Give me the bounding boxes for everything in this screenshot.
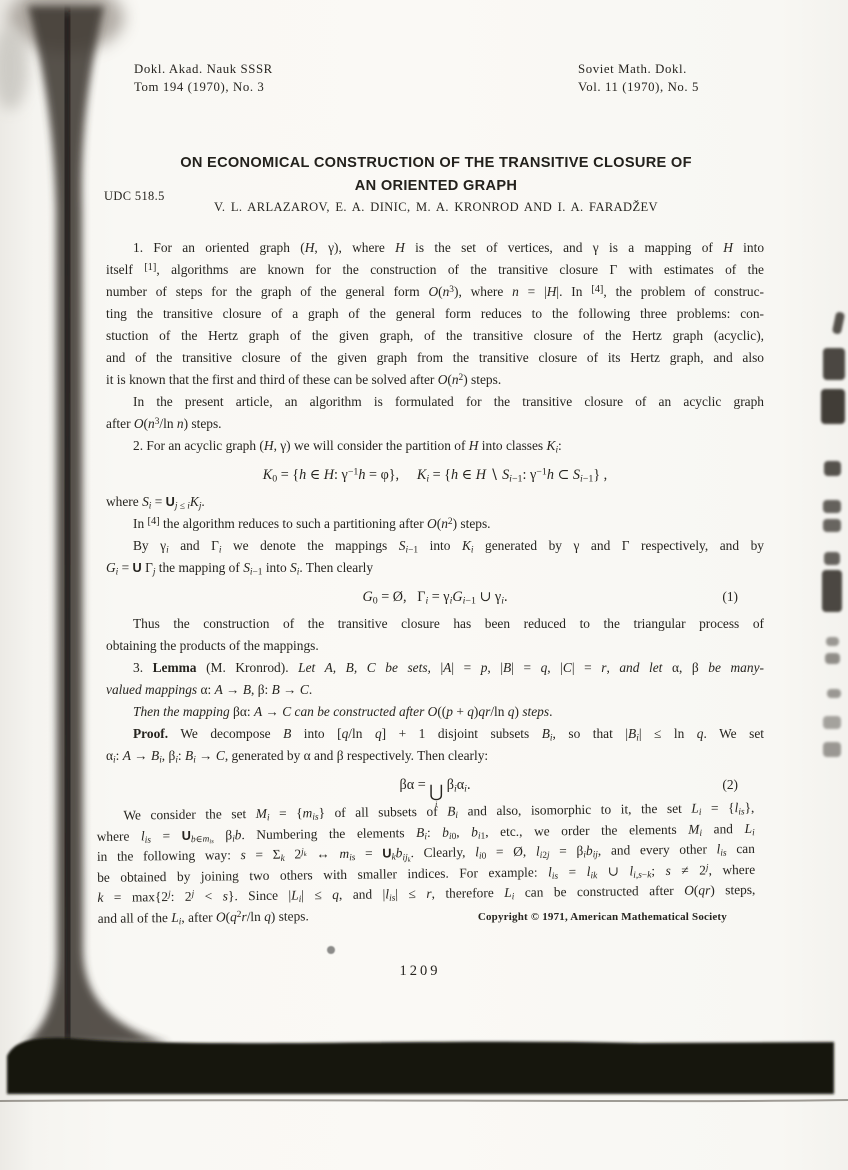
- scan-artifact: [327, 946, 335, 954]
- scan-artifact: [826, 637, 839, 646]
- scan-artifact: [823, 519, 841, 532]
- equation-body: βα = ⋃i βiαi.: [400, 777, 471, 793]
- paragraph: In [4] the algorithm reduces to such a p…: [106, 513, 764, 535]
- journal-issue-right: Vol. 11 (1970), No. 5: [578, 78, 699, 96]
- text-line: αi: A → Bi, βi: Bi → C, generated by α a…: [106, 745, 764, 767]
- text-line: By γi and Γi we denote the mappings Si−1…: [106, 535, 764, 557]
- scan-artifact: [824, 461, 841, 476]
- journal-name-right: Soviet Math. Dokl.: [578, 60, 699, 78]
- journal-issue-left: Tom 194 (1970), No. 3: [134, 78, 273, 96]
- paragraph: 1. For an oriented graph (H, γ), where H…: [106, 237, 764, 391]
- equation-body: K0 = {h ∈ H: γ−1h = φ}, Ki = {h ∈ H ∖ Si…: [263, 467, 607, 483]
- scan-artifact: [825, 653, 840, 664]
- text-line: after O(n3/ln n) steps.: [106, 413, 764, 435]
- journal-header-right: Soviet Math. Dokl. Vol. 11 (1970), No. 5: [578, 60, 699, 96]
- text-line: obtaining the products of the mappings.: [106, 635, 764, 657]
- journal-name-left: Dokl. Akad. Nauk SSSR: [134, 60, 273, 78]
- equation-number: (1): [722, 584, 738, 610]
- equation-number: (2): [722, 772, 738, 798]
- text-line: 3. Lemma (M. Kronrod). Let A, B, C be se…: [106, 657, 764, 679]
- scan-artifact: [823, 716, 841, 729]
- text-line: itself [1], algorithms are known for the…: [106, 259, 764, 281]
- text-line: In the present article, an algorithm is …: [106, 391, 764, 413]
- equation-body: G0 = Ø, Γi = γiGi−1 ∪ γi.: [362, 589, 507, 605]
- text-line: it is known that the first and third of …: [106, 369, 764, 391]
- scan-artifact: [827, 689, 841, 698]
- page-number: 1209: [0, 963, 840, 980]
- scan-artifact: [823, 500, 841, 513]
- paragraph: In the present article, an algorithm is …: [106, 391, 764, 435]
- paragraph: where Si = Uj ≤ iKj.: [106, 491, 764, 513]
- text-line: stuction of the Hertz graph of the given…: [106, 325, 764, 347]
- text-line: ting the transitive closure of a graph o…: [106, 303, 764, 325]
- bottom-black-bar: [7, 1038, 834, 1094]
- paper-title: ON ECONOMICAL CONSTRUCTION OF THE TRANSI…: [107, 152, 765, 197]
- journal-header-left: Dokl. Akad. Nauk SSSR Tom 194 (1970), No…: [134, 60, 273, 96]
- article-body: 1. For an oriented graph (H, γ), where H…: [106, 237, 764, 925]
- scan-artifact: [823, 348, 845, 380]
- scanned-paper-page: Dokl. Akad. Nauk SSSR Tom 194 (1970), No…: [0, 0, 848, 1170]
- spine-core: [66, 12, 69, 1040]
- paragraph: Proof. We decompose B into [q/ln q] + 1 …: [106, 723, 764, 767]
- text-line: and of the transitive closure of the giv…: [106, 347, 764, 369]
- paragraph: Thus the construction of the transitive …: [106, 613, 764, 657]
- text-line: where Si = Uj ≤ iKj.: [106, 491, 764, 513]
- paragraph: By γi and Γi we denote the mappings Si−1…: [106, 535, 764, 579]
- paper-title-line1: ON ECONOMICAL CONSTRUCTION OF THE TRANSI…: [107, 152, 765, 175]
- scan-artifact: [822, 570, 842, 612]
- text-line: Then the mapping βα: A → C can be constr…: [106, 701, 764, 723]
- copyright-notice: Copyright © 1971, American Mathematical …: [478, 911, 727, 923]
- display-equation: βα = ⋃i βiαi.(2): [106, 772, 764, 798]
- text-line: Thus the construction of the transitive …: [106, 613, 764, 635]
- paragraph: Then the mapping βα: A → C can be constr…: [106, 701, 764, 723]
- paragraph: 2. For an acyclic graph (H, γ) we will c…: [106, 435, 764, 457]
- text-line: valued mappings α: A → B, β: B → C.: [106, 679, 764, 701]
- page-edge-line: [0, 1100, 848, 1101]
- text-line: 1. For an oriented graph (H, γ), where H…: [106, 237, 764, 259]
- text-line: number of steps for the graph of the gen…: [106, 281, 764, 303]
- display-equation: G0 = Ø, Γi = γiGi−1 ∪ γi.(1): [106, 584, 764, 610]
- text-line: In [4] the algorithm reduces to such a p…: [106, 513, 764, 535]
- scan-artifact: [823, 742, 841, 757]
- paragraph: We consider the set Mi = {mis} of all su…: [96, 798, 755, 930]
- paragraph: 3. Lemma (M. Kronrod). Let A, B, C be se…: [106, 657, 764, 701]
- text-line: 2. For an acyclic graph (H, γ) we will c…: [106, 435, 764, 457]
- text-line: Proof. We decompose B into [q/ln q] + 1 …: [106, 723, 764, 745]
- scan-artifact: [824, 552, 840, 565]
- authors-line: V. L. ARLAZAROV, E. A. DINIC, M. A. KRON…: [107, 200, 765, 215]
- paper-title-line2: AN ORIENTED GRAPH: [107, 175, 765, 198]
- display-equation: K0 = {h ∈ H: γ−1h = φ}, Ki = {h ∈ H ∖ Si…: [106, 462, 764, 488]
- scan-artifact: [0, 26, 28, 110]
- scan-artifact: [821, 389, 845, 424]
- text-line: Gi = U Γj the mapping of Si−1 into Si. T…: [106, 557, 764, 579]
- scan-artifact: [832, 311, 845, 334]
- spine-top-shadow: [8, 0, 124, 52]
